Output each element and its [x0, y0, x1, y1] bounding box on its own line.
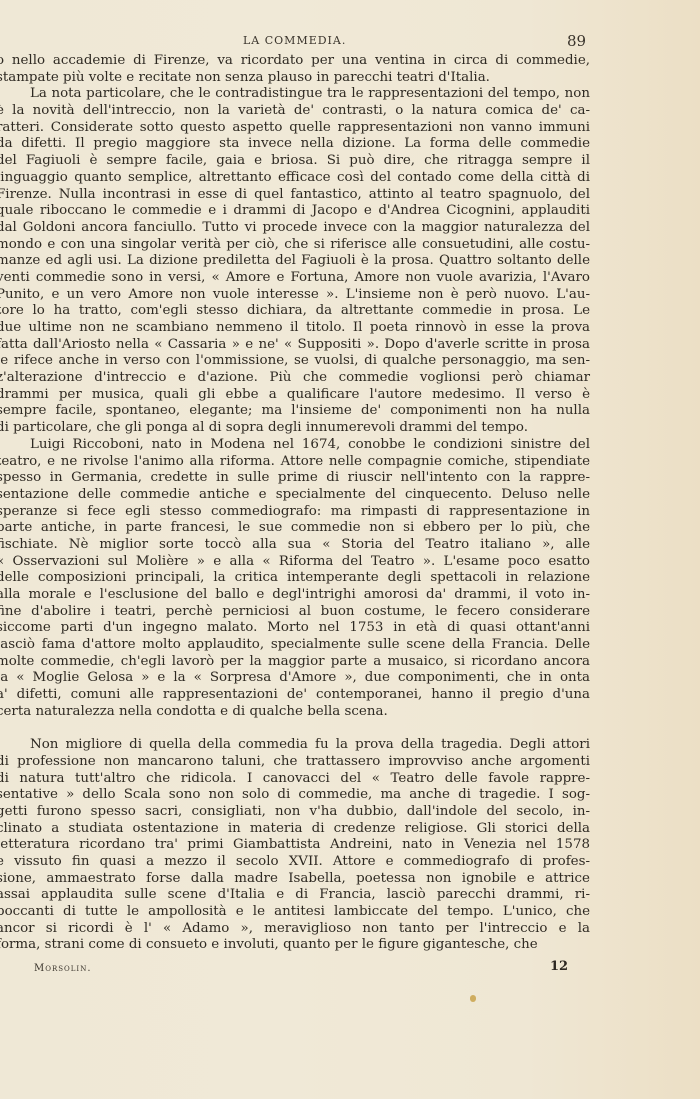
text-line: « Osservazioni sul Molière » e alla « Ri…: [0, 554, 590, 571]
text-line: venti commedie sono in versi, « Amore e …: [0, 270, 590, 287]
text-line: spesso in Germania, credette in sulle pr…: [0, 470, 590, 487]
text-line: fatta dall'Ariosto nella « Cassaria » e …: [0, 337, 590, 354]
text-line: alla morale e l'esclusione del ballo e d…: [0, 587, 590, 604]
text-line: ratteri. Considerate sotto questo aspett…: [0, 120, 590, 137]
text-line: Luigi Riccoboni, nato in Modena nel 1674…: [0, 437, 590, 454]
text-line: z'alterazione d'intreccio e d'azione. Pi…: [0, 370, 590, 387]
text-line: le rifece anche in verso con l'ommission…: [0, 353, 590, 370]
text-line: di particolare, che gli ponga al di sopr…: [0, 420, 590, 437]
text-line: siccome parti d'un ingegno malato. Morto…: [0, 620, 590, 637]
signature-mark: 12: [550, 959, 568, 974]
text-line: di natura tutt'altro che ridicola. I can…: [0, 771, 590, 788]
text-line: linguaggio quanto semplice, altrettanto …: [0, 170, 590, 187]
text-line: teatro, e ne rivolse l'animo alla riform…: [0, 454, 590, 471]
book-page: LA COMMEDIA. 89 o nello accademie di Fir…: [0, 0, 700, 1099]
text-line: dal Goldoni ancora fanciullo. Tutto vi p…: [0, 220, 590, 237]
text-line: del Fagiuoli è sempre facile, gaia e bri…: [0, 153, 590, 170]
body-text: o nello accademie di Firenze, va ricorda…: [0, 53, 590, 954]
text-line: molte commedie, ch'egli lavorò per la ma…: [0, 654, 590, 671]
paragraph: Luigi Riccoboni, nato in Modena nel 1674…: [0, 437, 590, 721]
text-line: quale riboccano le commedie e i drammi d…: [0, 203, 590, 220]
text-line: letteratura ricordano tra' primi Giambat…: [0, 837, 590, 854]
text-line: stampate più volte e recitate non senza …: [0, 70, 590, 87]
text-line: mondo e con una singolar verità per ciò,…: [0, 237, 590, 254]
text-line: ancor si ricordi è l' « Adamo », meravig…: [0, 921, 590, 938]
text-line: Non migliore di quella della commedia fu…: [0, 737, 590, 754]
text-line: fine d'abolire i teatri, perchè pernicio…: [0, 604, 590, 621]
text-line: delle composizioni principali, la critic…: [0, 570, 590, 587]
text-line: di professione non mancarono taluni, che…: [0, 754, 590, 771]
text-line: sentative » dello Scala sono non solo di…: [0, 787, 590, 804]
text-line: sempre facile, spontaneo, elegante; ma l…: [0, 403, 590, 420]
paragraph: o nello accademie di Firenze, va ricorda…: [0, 53, 590, 86]
text-line: Punito, e un vero Amore non vuole intere…: [0, 287, 590, 304]
text-line: manze ed agli usi. La dizione prediletta…: [0, 253, 590, 270]
paragraph: La nota particolare, che le contradistin…: [0, 86, 590, 436]
text-line: Firenze. Nulla incontrasi in esse di que…: [0, 187, 590, 204]
page-number: 89: [567, 32, 586, 50]
text-line: a' difetti, comuni alle rappresentazioni…: [0, 687, 590, 704]
printer-signature: Morsolin.: [34, 963, 92, 974]
paragraph-gap: [0, 721, 590, 738]
text-line: tore lo ha tratto, com'egli stesso dichi…: [0, 303, 590, 320]
text-line: La nota particolare, che le contradistin…: [0, 86, 590, 103]
text-line: sione, ammaestrato forse dalla madre Isa…: [0, 871, 590, 888]
text-line: due ultime non ne scambiano nemmeno il t…: [0, 320, 590, 337]
page-footer: Morsolin. 12: [0, 963, 600, 979]
text-line: o nello accademie di Firenze, va ricorda…: [0, 53, 590, 70]
text-line: speranze si fece egli stesso commediogra…: [0, 504, 590, 521]
text-line: drammi per musica, quali gli ebbe a qual…: [0, 387, 590, 404]
text-line: lasciò fama d'attore molto applaudito, s…: [0, 637, 590, 654]
text-line: e vissuto fin quasi a mezzo il secolo XV…: [0, 854, 590, 871]
running-head: LA COMMEDIA. 89: [0, 34, 590, 50]
text-line: è la novità dell'intreccio, non la varie…: [0, 103, 590, 120]
text-line: certa naturalezza nella condotta e di qu…: [0, 704, 590, 721]
text-line: clinato a studiata ostentazione in mater…: [0, 821, 590, 838]
text-line: assai applaudita sulle scene d'Italia e …: [0, 887, 590, 904]
text-line: forma, strani come di consueto e involut…: [0, 937, 590, 954]
text-line: la « Moglie Gelosa » e la « Sorpresa d'A…: [0, 670, 590, 687]
text-line: sentazione delle commedie antiche e spec…: [0, 487, 590, 504]
text-line: parte antiche, in parte francesi, le sue…: [0, 520, 590, 537]
text-line: fischiate. Nè miglior sorte toccò alla s…: [0, 537, 590, 554]
text-line: boccanti di tutte le ampollosità e le an…: [0, 904, 590, 921]
text-line: da difetti. Il pregio maggiore sta invec…: [0, 136, 590, 153]
text-line: getti furono spesso sacri, consigliati, …: [0, 804, 590, 821]
paragraph: Non migliore di quella della commedia fu…: [0, 737, 590, 954]
running-title: LA COMMEDIA.: [243, 34, 346, 47]
paper-stain: [470, 995, 476, 1002]
